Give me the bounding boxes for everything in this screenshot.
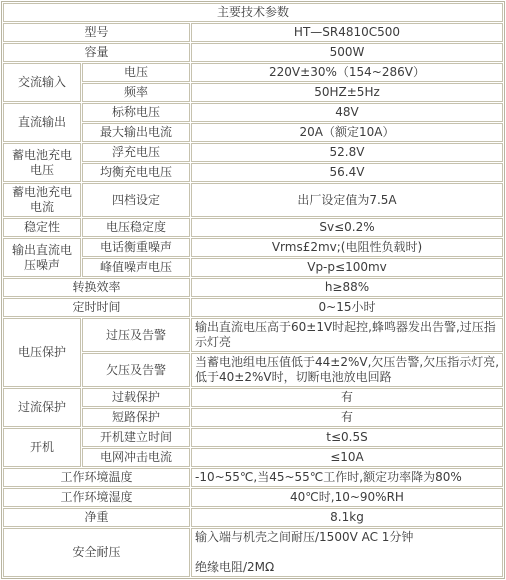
table-row: 定时时间0~15小时 [3, 298, 503, 317]
param-label-cell: 电压稳定度 [82, 218, 190, 237]
value-cell: 52.8V [191, 143, 503, 162]
value-cell: HT—SR4810C500 [191, 23, 503, 42]
group-label-cell: 稳定性 [3, 218, 81, 237]
group-label-cell: 直流输出 [3, 103, 81, 142]
spec-table-body: 主要技术参数型号HT—SR4810C500容量500W交流输入电压220V±30… [3, 3, 503, 577]
param-label-cell: 四档设定 [82, 183, 190, 217]
table-row: 型号HT—SR4810C500 [3, 23, 503, 42]
group-label-cell: 交流输入 [3, 63, 81, 102]
value-cell: t≤0.5S [191, 428, 503, 447]
spec-table: 主要技术参数型号HT—SR4810C500容量500W交流输入电压220V±30… [1, 1, 505, 579]
param-label-cell: 电网冲击电流 [82, 448, 190, 467]
param-label-cell: 工作环境湿度 [3, 488, 190, 507]
table-row: 容量500W [3, 43, 503, 62]
param-label-cell: 最大输出电流 [82, 123, 190, 142]
table-row: 安全耐压输入端与机壳之间耐压/1500V AC 1分钟 绝缘电阻/2MΩ [3, 528, 503, 577]
value-cell: Vrms£2mv;(电阻性负载时) [191, 238, 503, 257]
param-label-cell: 均衡充电电压 [82, 163, 190, 182]
value-cell: 20A（额定10A） [191, 123, 503, 142]
table-row: 开机开机建立时间t≤0.5S [3, 428, 503, 447]
value-cell: 输入端与机壳之间耐压/1500V AC 1分钟 绝缘电阻/2MΩ [191, 528, 503, 577]
group-label-cell: 过流保护 [3, 388, 81, 427]
param-label-cell: 浮充电压 [82, 143, 190, 162]
value-cell: ≤10A [191, 448, 503, 467]
table-row: 过流保护过载保护有 [3, 388, 503, 407]
param-label-cell: 峰值噪声电压 [82, 258, 190, 277]
spec-page: 主要技术参数型号HT—SR4810C500容量500W交流输入电压220V±30… [0, 0, 506, 580]
table-row: 净重8.1kg [3, 508, 503, 527]
value-cell: 输出直流电压高于60±1V时起控,蜂鸣器发出告警,过压指示灯亮 [191, 318, 503, 352]
value-cell: 有 [191, 388, 503, 407]
table-row: 蓄电池充电电流四档设定出厂设定值为7.5A [3, 183, 503, 217]
value-cell: 48V [191, 103, 503, 122]
param-label-cell: 短路保护 [82, 408, 190, 427]
param-label-cell: 转换效率 [3, 278, 190, 297]
value-cell: 56.4V [191, 163, 503, 182]
param-label-cell: 开机建立时间 [82, 428, 190, 447]
table-row: 输出直流电压噪声电话衡重噪声Vrms£2mv;(电阻性负载时) [3, 238, 503, 257]
value-cell: 40℃时,10~90%RH [191, 488, 503, 507]
table-row: 工作环境温度-10~55℃,当45~55℃工作时,额定功率降为80% [3, 468, 503, 487]
param-label-cell: 型号 [3, 23, 190, 42]
param-label-cell: 容量 [3, 43, 190, 62]
param-label-cell: 频率 [82, 83, 190, 102]
table-row: 蓄电池充电电压浮充电压52.8V [3, 143, 503, 162]
value-cell: Sv≤0.2% [191, 218, 503, 237]
table-row: 稳定性电压稳定度Sv≤0.2% [3, 218, 503, 237]
value-cell: h≥88% [191, 278, 503, 297]
group-label-cell: 蓄电池充电电压 [3, 143, 81, 182]
param-label-cell: 净重 [3, 508, 190, 527]
param-label-cell: 电压 [82, 63, 190, 82]
param-label-cell: 安全耐压 [3, 528, 190, 577]
table-row: 电压保护过压及告警输出直流电压高于60±1V时起控,蜂鸣器发出告警,过压指示灯亮 [3, 318, 503, 352]
value-cell: 500W [191, 43, 503, 62]
param-label-cell: 定时时间 [3, 298, 190, 317]
value-cell: 有 [191, 408, 503, 427]
param-label-cell: 工作环境温度 [3, 468, 190, 487]
value-cell: 50HZ±5Hz [191, 83, 503, 102]
table-row: 转换效率h≥88% [3, 278, 503, 297]
value-cell: 0~15小时 [191, 298, 503, 317]
group-label-cell: 电压保护 [3, 318, 81, 387]
value-cell: 出厂设定值为7.5A [191, 183, 503, 217]
group-label-cell: 蓄电池充电电流 [3, 183, 81, 217]
group-label-cell: 输出直流电压噪声 [3, 238, 81, 277]
table-title-cell: 主要技术参数 [3, 3, 503, 22]
param-label-cell: 标称电压 [82, 103, 190, 122]
value-cell: 当蓄电池组电压值低于44±2%V,欠压告警,欠压指示灯亮,低于40±2%V时，切… [191, 353, 503, 387]
param-label-cell: 电话衡重噪声 [82, 238, 190, 257]
table-row: 主要技术参数 [3, 3, 503, 22]
param-label-cell: 过载保护 [82, 388, 190, 407]
table-row: 工作环境湿度40℃时,10~90%RH [3, 488, 503, 507]
value-cell: Vp-p≤100mv [191, 258, 503, 277]
group-label-cell: 开机 [3, 428, 81, 467]
table-row: 交流输入电压220V±30%（154~286V） [3, 63, 503, 82]
param-label-cell: 过压及告警 [82, 318, 190, 352]
param-label-cell: 欠压及告警 [82, 353, 190, 387]
value-cell: 8.1kg [191, 508, 503, 527]
table-row: 直流输出标称电压48V [3, 103, 503, 122]
value-cell: 220V±30%（154~286V） [191, 63, 503, 82]
value-cell: -10~55℃,当45~55℃工作时,额定功率降为80% [191, 468, 503, 487]
